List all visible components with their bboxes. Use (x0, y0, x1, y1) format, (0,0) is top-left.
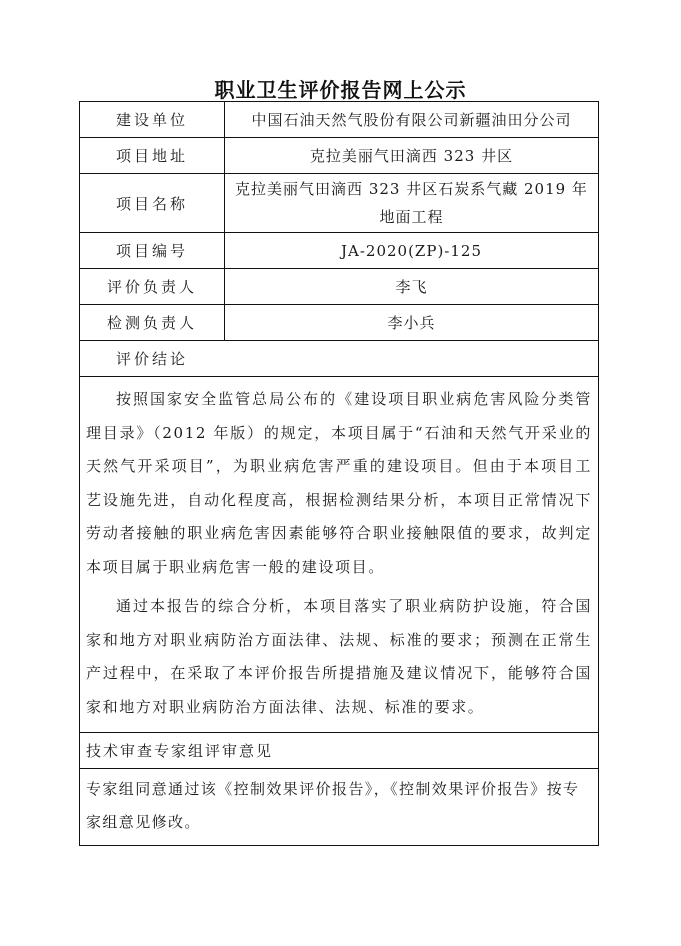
table-row-expert-heading: 技术审查专家组评审意见 (80, 733, 599, 769)
table-row-evaluation-lead: 评价负责人 李飞 (80, 269, 599, 305)
conclusion-body: 按照国家安全监管总局公布的《建设项目职业病危害风险分类管理目录》（2012 年版… (80, 377, 599, 733)
conclusion-heading: 评价结论 (80, 341, 599, 377)
table-row-testing-lead: 检测负责人 李小兵 (80, 305, 599, 341)
expert-review-heading: 技术审查专家组评审意见 (80, 733, 599, 769)
table-row-conclusion-body: 按照国家安全监管总局公布的《建设项目职业病危害风险分类管理目录》（2012 年版… (80, 377, 599, 733)
label-evaluation-lead: 评价负责人 (80, 269, 225, 305)
expert-review-body: 专家组同意通过该《控制效果评价报告》，《控制效果评价报告》按专家组意见修改。 (80, 769, 599, 846)
conclusion-paragraph-1: 按照国家安全监管总局公布的《建设项目职业病危害风险分类管理目录》（2012 年版… (86, 383, 592, 584)
label-project-number: 项目编号 (80, 233, 225, 269)
value-project-address: 克拉美丽气田滴西 323 井区 (225, 138, 599, 174)
value-construction-unit: 中国石油天然气股份有限公司新疆油田分公司 (225, 102, 599, 138)
label-construction-unit: 建设单位 (80, 102, 225, 138)
value-testing-lead: 李小兵 (225, 305, 599, 341)
table-row-project-number: 项目编号 JA-2020(ZP)-125 (80, 233, 599, 269)
label-project-name: 项目名称 (80, 174, 225, 233)
table-row-project-address: 项目地址 克拉美丽气田滴西 323 井区 (80, 138, 599, 174)
conclusion-paragraph-2: 通过本报告的综合分析，本项目落实了职业病防护设施，符合国家和地方对职业病防治方面… (86, 590, 592, 724)
table-row-project-name: 项目名称 克拉美丽气田滴西 323 井区石炭系气藏 2019 年地面工程 (80, 174, 599, 233)
expert-review-text: 专家组同意通过该《控制效果评价报告》，《控制效果评价报告》按专家组意见修改。 (86, 773, 592, 839)
label-project-address: 项目地址 (80, 138, 225, 174)
table-row-conclusion-heading: 评价结论 (80, 341, 599, 377)
value-project-number: JA-2020(ZP)-125 (225, 233, 599, 269)
disclosure-table: 建设单位 中国石油天然气股份有限公司新疆油田分公司 项目地址 克拉美丽气田滴西 … (79, 101, 599, 846)
label-testing-lead: 检测负责人 (80, 305, 225, 341)
table-row-construction-unit: 建设单位 中国石油天然气股份有限公司新疆油田分公司 (80, 102, 599, 138)
document-title: 职业卫生评价报告网上公示 (0, 74, 681, 103)
value-project-name: 克拉美丽气田滴西 323 井区石炭系气藏 2019 年地面工程 (225, 174, 599, 233)
table-row-expert-body: 专家组同意通过该《控制效果评价报告》，《控制效果评价报告》按专家组意见修改。 (80, 769, 599, 846)
value-evaluation-lead: 李飞 (225, 269, 599, 305)
